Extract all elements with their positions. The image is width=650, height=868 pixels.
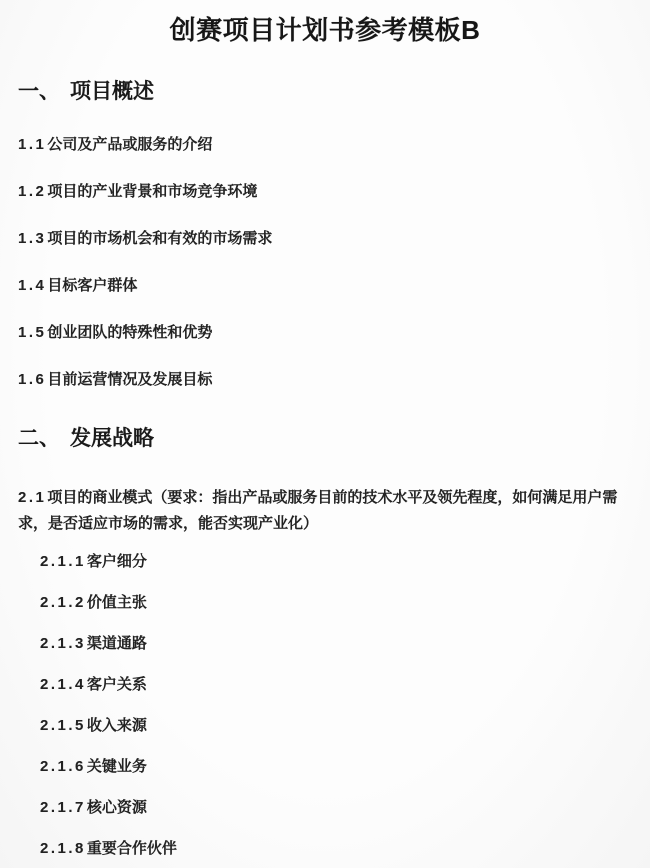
outline-item-2-1-2: 2.1.2价值主张 <box>40 593 632 613</box>
item-number: 2.1.6 <box>40 758 86 775</box>
item-number: 2.1.2 <box>40 594 86 611</box>
item-label: 目前运营情况及发展目标 <box>47 371 212 388</box>
item-label: 客户关系 <box>87 676 147 693</box>
outline-item-2-1-3: 2.1.3渠道通路 <box>40 634 632 654</box>
item-number: 2.1.5 <box>40 717 86 734</box>
item-label: 项目的产业背景和市场竞争环境 <box>47 183 257 200</box>
item-number: 2.1.8 <box>40 840 86 857</box>
item-number: 2.1.4 <box>40 676 86 693</box>
item-number: 2.1.3 <box>40 635 86 652</box>
outline-item-2-1-5: 2.1.5收入来源 <box>40 716 632 736</box>
item-number: 1.3 <box>18 230 46 247</box>
page-title: 创赛项目计划书参考模板B <box>18 0 632 46</box>
item-number: 1.4 <box>18 277 46 294</box>
outline-item-1-3: 1.3项目的市场机会和有效的市场需求 <box>18 229 632 249</box>
item-label: 收入来源 <box>87 717 147 734</box>
item-number: 1.5 <box>18 324 46 341</box>
outline-item-1-6: 1.6目前运营情况及发展目标 <box>18 370 632 390</box>
outline-item-2-1: 2.1项目的商业模式（要求：指出产品或服务目前的技术水平及领先程度，如何满足用户… <box>18 485 635 537</box>
item-label: 创业团队的特殊性和优势 <box>47 324 212 341</box>
section-label: 项目概述 <box>70 80 154 103</box>
outline-item-2-1-4: 2.1.4客户关系 <box>40 675 632 695</box>
outline-item-1-1: 1.1公司及产品或服务的介绍 <box>18 135 632 155</box>
outline-item-1-2: 1.2项目的产业背景和市场竞争环境 <box>18 182 632 202</box>
item-number: 2.1 <box>18 489 46 506</box>
section-number: 一、 <box>18 80 60 103</box>
outline-item-1-4: 1.4目标客户群体 <box>18 276 632 296</box>
section-heading-2: 二、发展战略 <box>18 425 632 453</box>
section-number: 二、 <box>18 427 60 450</box>
item-number: 1.2 <box>18 183 46 200</box>
document-page: 创赛项目计划书参考模板B 一、项目概述 1.1公司及产品或服务的介绍 1.2项目… <box>0 0 650 868</box>
item-label: 渠道通路 <box>87 635 147 652</box>
item-label: 重要合作伙伴 <box>87 840 177 857</box>
item-label: 客户细分 <box>87 553 147 570</box>
item-label: 价值主张 <box>87 594 147 611</box>
section-label: 发展战略 <box>70 427 154 450</box>
item-label: 关键业务 <box>87 758 147 775</box>
item-label: 项目的商业模式（要求：指出产品或服务目前的技术水平及领先程度，如何满足用户需求，… <box>18 489 617 532</box>
outline-item-2-1-8: 2.1.8重要合作伙伴 <box>40 839 632 859</box>
outline-item-2-1-1: 2.1.1客户细分 <box>40 552 632 572</box>
outline-item-1-5: 1.5创业团队的特殊性和优势 <box>18 323 632 343</box>
item-label: 公司及产品或服务的介绍 <box>47 136 212 153</box>
outline-item-2-1-6: 2.1.6关键业务 <box>40 757 632 777</box>
item-label: 核心资源 <box>87 799 147 816</box>
item-number: 2.1.7 <box>40 799 86 816</box>
item-label: 项目的市场机会和有效的市场需求 <box>47 230 272 247</box>
item-number: 1.6 <box>18 371 46 388</box>
item-label: 目标客户群体 <box>47 277 137 294</box>
item-number: 2.1.1 <box>40 553 86 570</box>
outline-item-2-1-7: 2.1.7核心资源 <box>40 798 632 818</box>
item-number: 1.1 <box>18 136 46 153</box>
section-heading-1: 一、项目概述 <box>18 78 632 106</box>
